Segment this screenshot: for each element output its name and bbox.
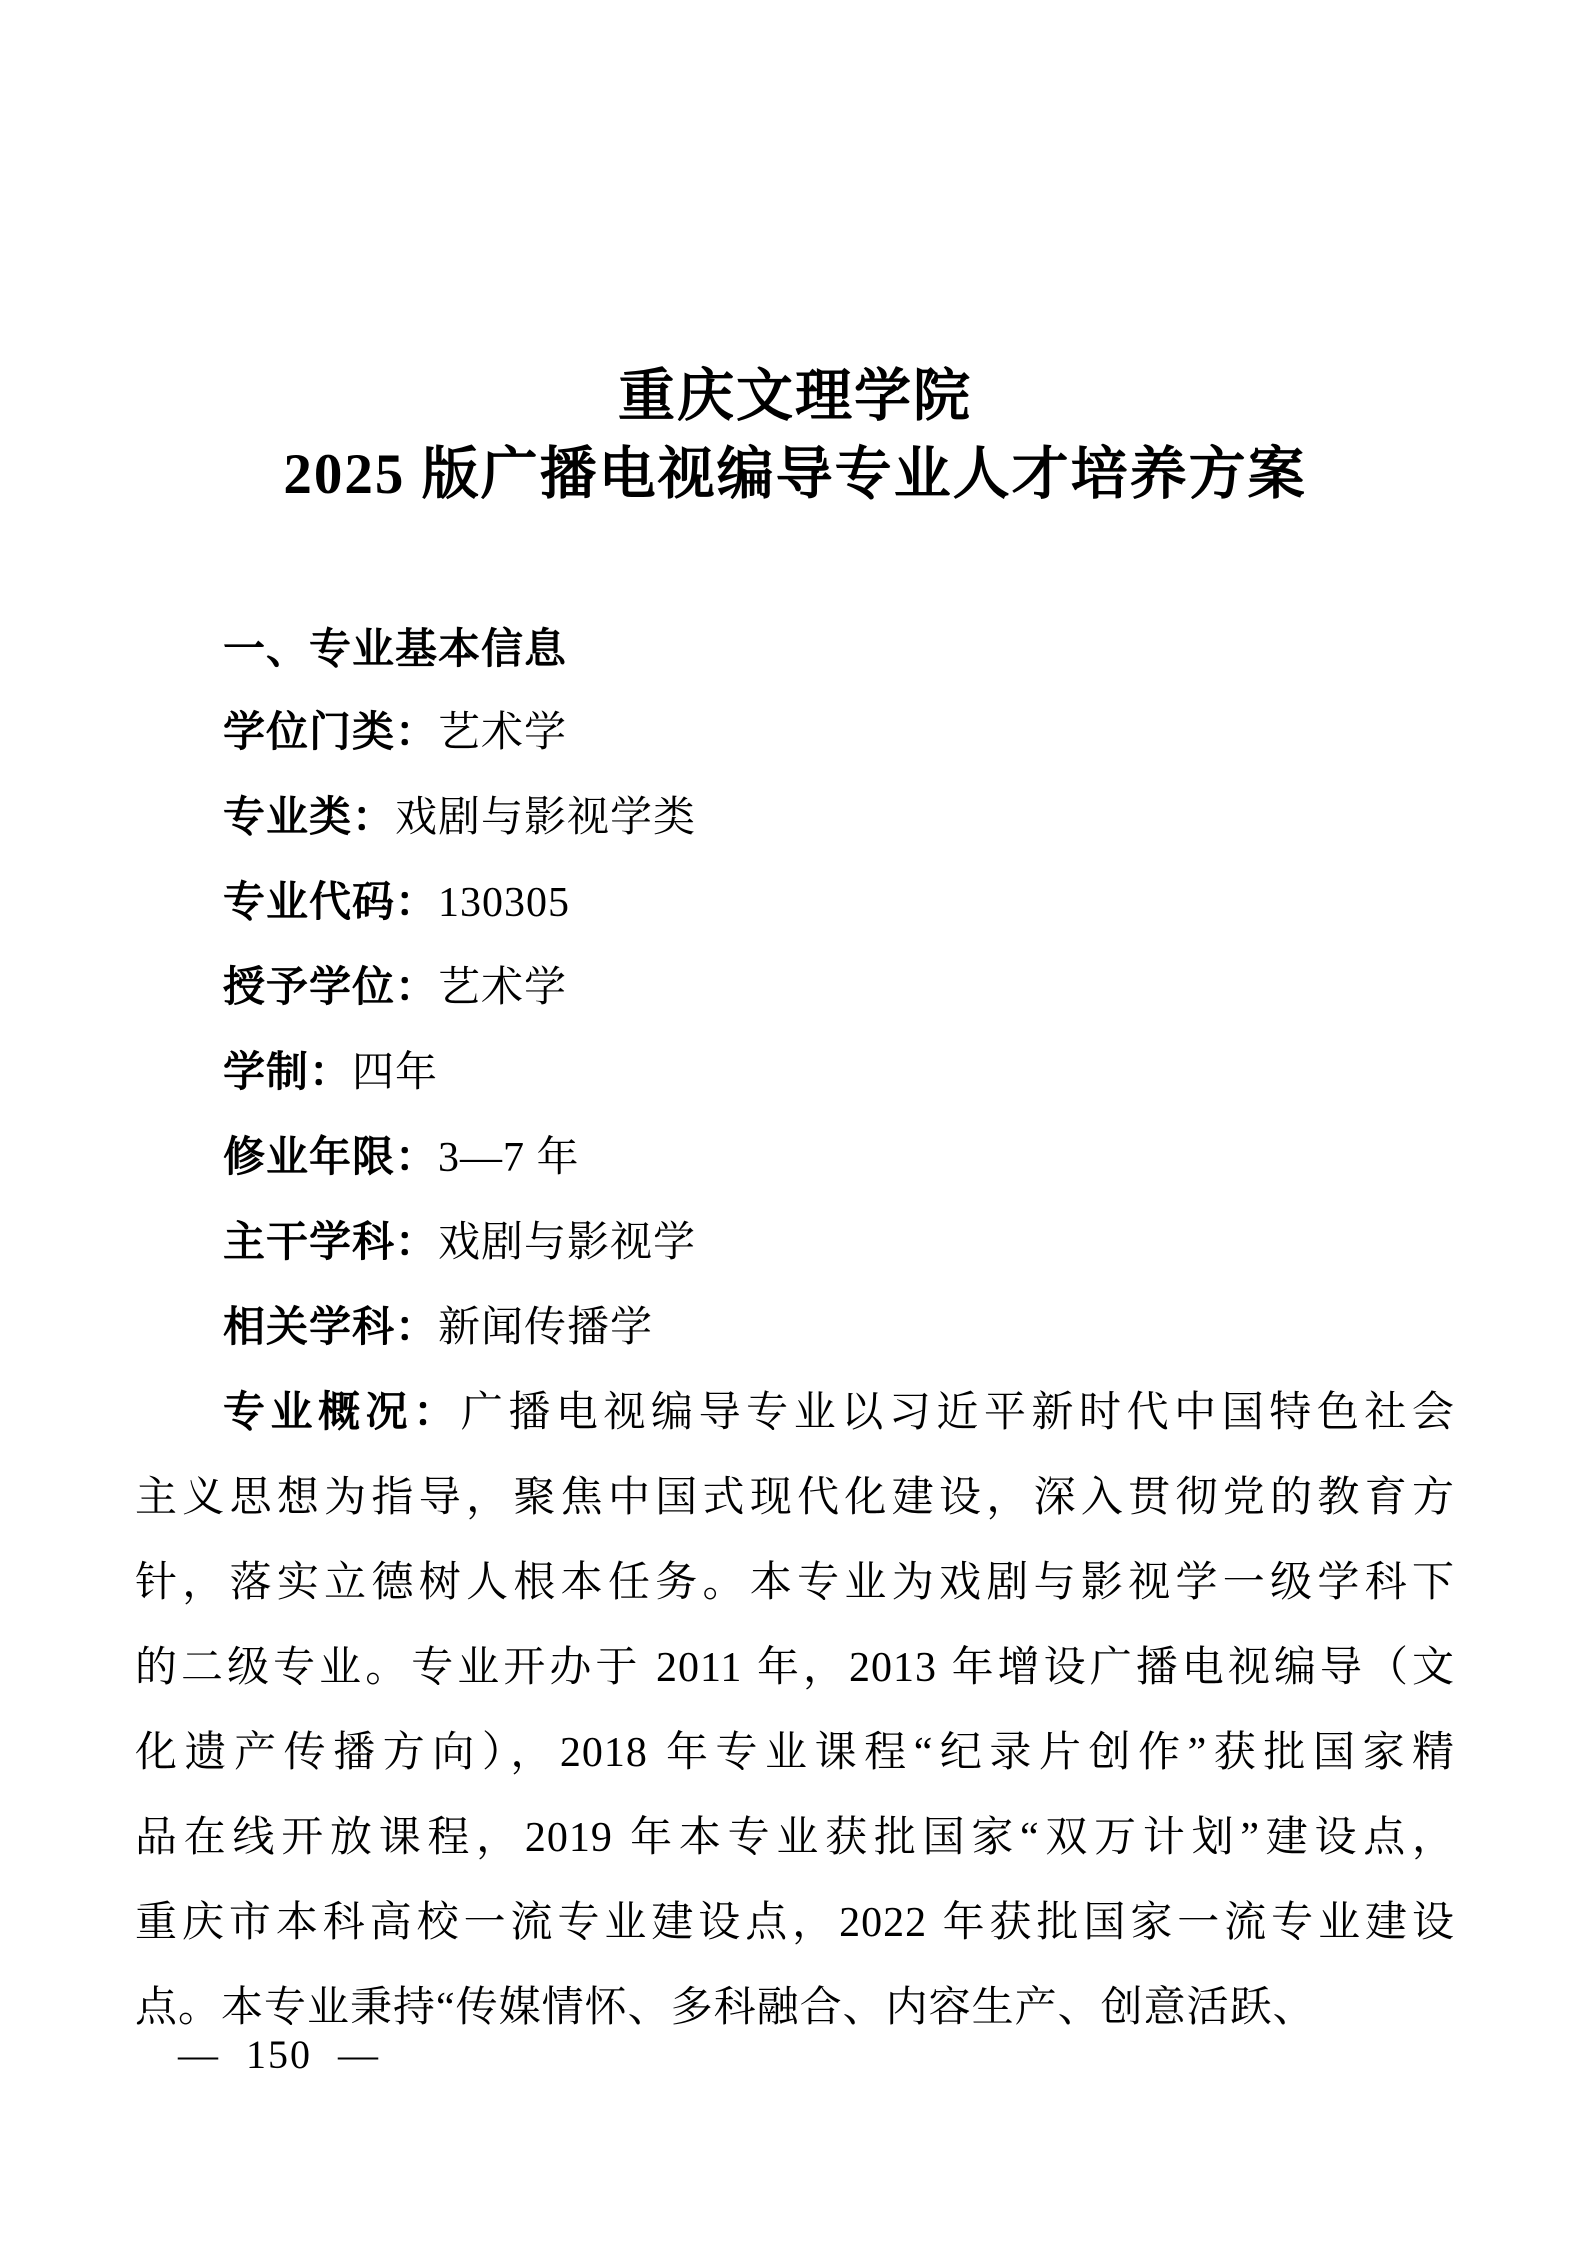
field-label: 学位门类： [223,710,438,756]
paragraph-line: 的二级专业。专业开办于 2011 年，2013 年增设广播电视编导（文 [135,1626,1455,1711]
paragraph-line: 针，落实立德树人根本任务。本专业为戏剧与影视学一级学科下 [135,1541,1455,1626]
field-label: 学制： [223,1050,352,1096]
field-value: 艺术学 [438,710,567,756]
field-row-core-discipline: 主干学科：戏剧与影视学 [135,1201,1455,1286]
document-page: 重庆文理学院 2025 版广播电视编导专业人才培养方案 一、专业基本信息 学位门… [135,0,1455,2051]
field-value: 戏剧与影视学类 [395,795,696,841]
section-heading: 一、专业基本信息 [135,606,1455,691]
field-value: 四年 [352,1050,438,1096]
field-row-study-years: 修业年限：3—7 年 [135,1116,1455,1201]
page-number: — 150 — [178,2032,380,2078]
major-overview-paragraph: 专业概况：广播电视编导专业以习近平新时代中国特色社会 主义思想为指导，聚焦中国式… [135,1371,1455,2051]
field-row-major-code: 专业代码：130305 [135,861,1455,946]
field-label: 专业代码： [223,880,438,926]
basic-info-fields: 学位门类：艺术学 专业类：戏剧与影视学类 专业代码：130305 授予学位：艺术… [135,691,1455,1371]
document-title-line1: 重庆文理学院 [135,358,1455,436]
paragraph-label: 专业概况： [223,1390,461,1436]
paragraph-line: 化遗产传播方向），2018 年专业课程“纪录片创作”获批国家精 [135,1711,1455,1796]
field-row-degree-awarded: 授予学位：艺术学 [135,946,1455,1031]
field-row-degree-category: 学位门类：艺术学 [135,691,1455,776]
field-value: 3—7 年 [438,1135,580,1181]
field-row-schooling-length: 学制：四年 [135,1031,1455,1116]
field-value: 艺术学 [438,965,567,1011]
field-label: 授予学位： [223,965,438,1011]
field-value: 130305 [438,880,570,926]
paragraph-text: 广播电视编导专业以习近平新时代中国特色社会 [461,1390,1455,1436]
field-label: 主干学科： [223,1220,438,1266]
paragraph-line: 专业概况：广播电视编导专业以习近平新时代中国特色社会 [135,1371,1455,1456]
field-label: 专业类： [223,795,395,841]
paragraph-line: 主义思想为指导，聚焦中国式现代化建设，深入贯彻党的教育方 [135,1456,1455,1541]
field-row-related-discipline: 相关学科：新闻传播学 [135,1286,1455,1371]
field-row-major-class: 专业类：戏剧与影视学类 [135,776,1455,861]
field-value: 新闻传播学 [438,1305,653,1351]
document-title: 重庆文理学院 2025 版广播电视编导专业人才培养方案 [135,358,1455,514]
paragraph-line: 重庆市本科高校一流专业建设点，2022 年获批国家一流专业建设 [135,1881,1455,1966]
field-label: 相关学科： [223,1305,438,1351]
field-value: 戏剧与影视学 [438,1220,696,1266]
document-title-line2: 2025 版广播电视编导专业人才培养方案 [135,436,1455,514]
field-label: 修业年限： [223,1135,438,1181]
paragraph-line: 品在线开放课程，2019 年本专业获批国家“双万计划”建设点， [135,1796,1455,1881]
